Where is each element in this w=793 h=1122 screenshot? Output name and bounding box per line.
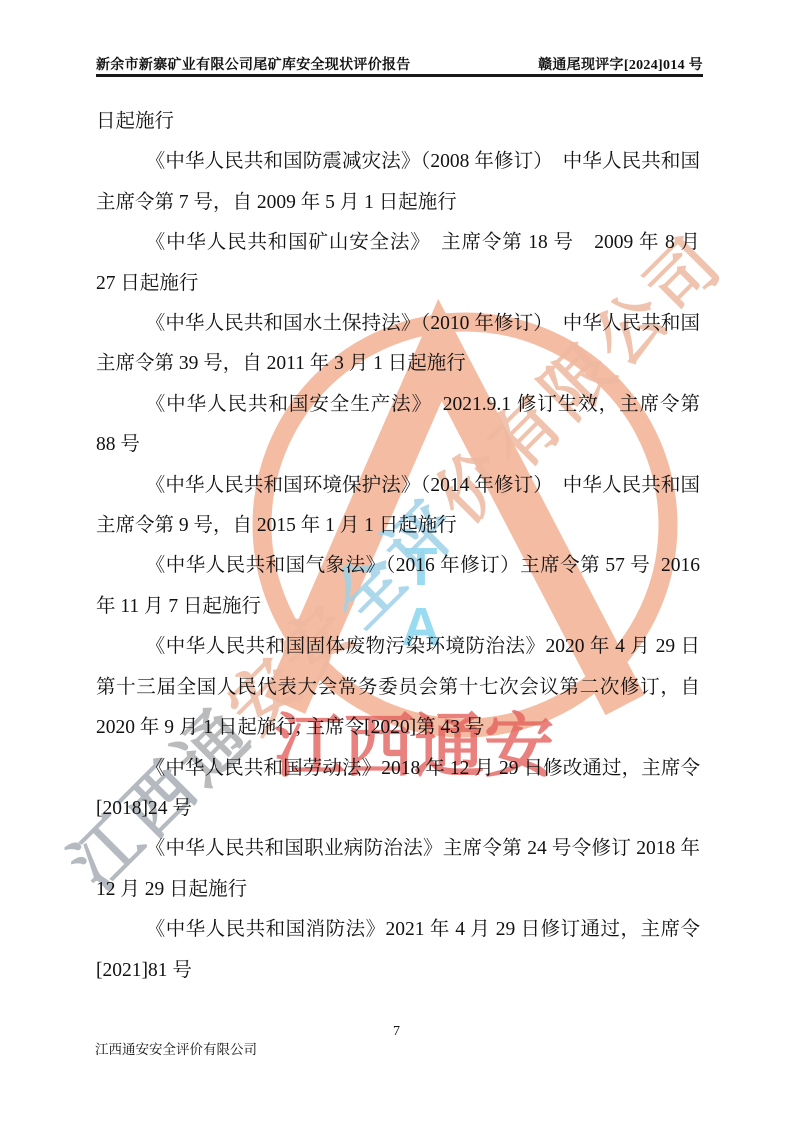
- body-paragraph: 《中华人民共和国水土保持法》（2010 年修订） 中华人民共和国主席令第 39 …: [96, 304, 700, 385]
- header-report-title: 新余市新寨矿业有限公司尾矿库安全现状评价报告: [96, 54, 411, 74]
- body-paragraph: 日起施行: [96, 102, 700, 142]
- body-paragraph: 《中华人民共和国环境保护法》（2014 年修订） 中华人民共和国主席令第 9 号…: [96, 466, 700, 547]
- body-paragraph: 《中华人民共和国职业病防治法》主席令第 24 号令修订 2018 年 12 月 …: [96, 829, 700, 910]
- page-header: 新余市新寨矿业有限公司尾矿库安全现状评价报告 赣通尾现评字[2024]014 号: [96, 54, 703, 74]
- footer-company-name: 江西通安安全评价有限公司: [95, 1038, 257, 1058]
- body-paragraph: 《中华人民共和国劳动法》2018 年 12 月 29 日修改通过，主席令[201…: [96, 749, 700, 830]
- body-paragraph: 《中华人民共和国气象法》（2016 年修订）主席令第 57 号 2016 年 1…: [96, 546, 700, 627]
- body-paragraph: 《中华人民共和国固体废物污染环境防治法》2020 年 4 月 29 日第十三届全…: [96, 627, 700, 748]
- header-rule: [96, 74, 703, 77]
- document-page: T A 江西通安安全评价有限公司 江西通安 新余市新寨矿业有限公司尾矿库安全现状…: [0, 0, 793, 1122]
- body-paragraph: 《中华人民共和国安全生产法》 2021.9.1 修订生效，主席令第 88 号: [96, 385, 700, 466]
- body-paragraph: 《中华人民共和国消防法》2021 年 4 月 29 日修订通过，主席令[2021…: [96, 910, 700, 991]
- body-paragraph: 《中华人民共和国防震减灾法》（2008 年修订） 中华人民共和国主席令第 7 号…: [96, 142, 700, 223]
- header-document-number: 赣通尾现评字[2024]014 号: [538, 54, 703, 74]
- body-paragraph: 《中华人民共和国矿山安全法》 主席令第 18 号 2009 年 8 月 27 日…: [96, 223, 700, 304]
- body-text: 日起施行《中华人民共和国防震减灾法》（2008 年修订） 中华人民共和国主席令第…: [96, 102, 700, 991]
